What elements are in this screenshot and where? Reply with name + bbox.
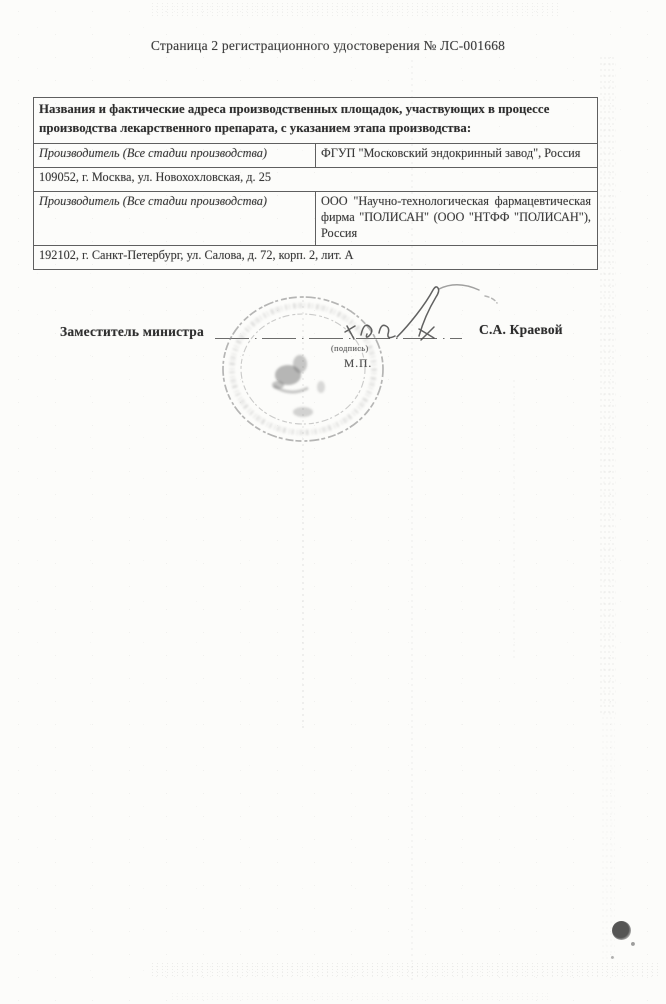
producer-name: ООО "Научно-технологическая фармацевтиче… — [316, 192, 598, 246]
page-title: Страница 2 регистрационного удостоверени… — [0, 38, 656, 54]
scan-noise-band-right — [599, 55, 616, 715]
scan-noise-band-right-lower — [601, 715, 615, 960]
table-row: 109052, г. Москва, ул. Новохохловская, д… — [34, 168, 598, 192]
scan-noise-band-bottom — [150, 962, 660, 977]
table-header-row: Названия и фактические адреса производст… — [34, 98, 598, 144]
ink-speck — [611, 956, 614, 959]
ink-speck — [631, 942, 635, 946]
producer-role-label: Производитель (Все стадии производства) — [34, 144, 316, 168]
table-row: Производитель (Все стадии производства) … — [34, 144, 598, 168]
producer-address: 192102, г. Санкт-Петербург, ул. Салова, … — [34, 245, 598, 269]
table-header-cell: Названия и фактические адреса производст… — [34, 98, 598, 144]
producer-address: 109052, г. Москва, ул. Новохохловская, д… — [34, 168, 598, 192]
table-row: Производитель (Все стадии производства) … — [34, 192, 598, 246]
scan-noise-band-bottom-edge — [170, 992, 550, 1000]
handwritten-signature — [333, 276, 515, 352]
ink-blot — [612, 921, 631, 940]
stamp-center-emblem — [272, 355, 325, 417]
producer-role-label: Производитель (Все стадии производства) — [34, 192, 316, 246]
manufacturing-sites-table: Названия и фактические адреса производст… — [33, 97, 598, 270]
producer-name: ФГУП "Московский эндокринный завод", Рос… — [316, 144, 598, 168]
scanned-certificate-page: Страница 2 регистрационного удостоверени… — [0, 0, 666, 1004]
scan-noise-band-top — [150, 2, 560, 16]
table-row: 192102, г. Санкт-Петербург, ул. Салова, … — [34, 245, 598, 269]
fold-crease-line-faint — [513, 380, 515, 660]
signatory-title: Заместитель министра — [60, 324, 204, 340]
